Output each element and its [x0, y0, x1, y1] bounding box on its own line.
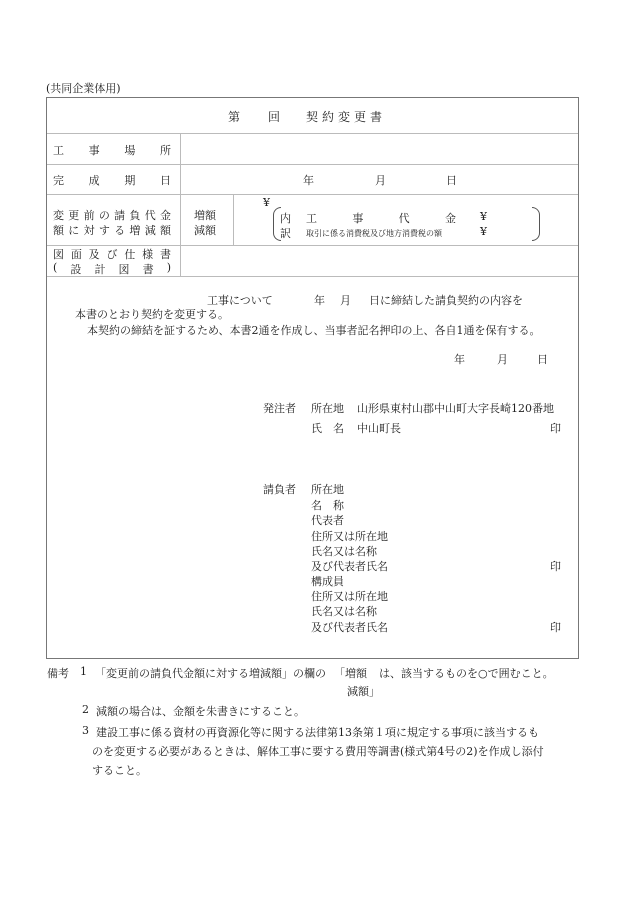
completion-month: 月: [375, 172, 386, 188]
construction-cost-yen: ¥: [480, 210, 487, 223]
body-year: 年: [314, 292, 325, 308]
note-1-decrease: 減額」: [347, 683, 380, 699]
drawings-label-line1: 図面及び仕様書: [53, 246, 171, 262]
signing-year: 年: [454, 351, 465, 367]
note-2-text: 減額の場合は、金額を朱書きにすること。: [96, 703, 305, 719]
note-number: 1: [80, 665, 87, 678]
body-change-text: 本書のとおり契約を変更する。: [75, 306, 229, 322]
body-month: 月: [340, 292, 351, 308]
form-title: 契約変更書: [306, 108, 386, 125]
tax-yen: ¥: [480, 225, 487, 238]
completion-day: 日: [446, 172, 457, 188]
contractor-line: 代表者: [311, 512, 344, 528]
site-field[interactable]: [182, 135, 577, 163]
body-certification-text: 本契約の締結を証するため、本書2通を作成し、当事者記名押印の上、各自1通を保有す…: [87, 322, 541, 338]
tax-label: 取引に係る消費税及び地方消費税の額: [306, 228, 442, 239]
contractor-line: 構成員: [311, 573, 344, 589]
completion-date-label: 完成期日: [53, 172, 171, 188]
breakdown-label-1: 内: [280, 210, 291, 226]
decrease-option[interactable]: 減額: [194, 222, 216, 238]
change-amount-label-line2: 額に対する増減額: [53, 222, 171, 238]
orderer-address: 山形県東村山郡中山町大字長崎120番地: [357, 400, 554, 416]
contractor-line: 所在地: [311, 481, 344, 497]
divider: [47, 133, 578, 134]
orderer-name-label: 氏 名: [311, 420, 344, 436]
contractor-line: 住所又は所在地: [311, 528, 388, 544]
completion-year: 年: [303, 172, 314, 188]
note-number: 2: [82, 703, 89, 716]
form-title-number-suffix: 回: [268, 108, 280, 125]
contractor-line: 氏名又は名称: [311, 543, 377, 559]
site-label: 工事場所: [53, 142, 171, 158]
orderer-seal: 印: [550, 420, 561, 436]
change-amount-field[interactable]: [272, 196, 472, 208]
orderer-role: 発注者: [263, 400, 296, 416]
contractor-line: 住所又は所在地: [311, 588, 388, 604]
form-title-number-prefix: 第: [228, 108, 240, 125]
note-1-text: 「変更前の請負代金額に対する増減額」の欄の: [95, 665, 326, 681]
note-number: 3: [82, 724, 89, 737]
drawings-label-line2: (設計図書): [53, 261, 171, 277]
signing-month: 月: [497, 351, 508, 367]
notes-label: 備考: [47, 665, 69, 681]
contractor-role: 請負者: [263, 481, 296, 497]
contractor-line: 及び代表者氏名: [311, 558, 388, 574]
member-seal: 印: [550, 619, 561, 635]
note-3-text-line2: のを変更する必要があるときは、解体工事に要する費用等調書(様式第4号の2)を作成…: [92, 743, 544, 759]
divider: [180, 133, 181, 276]
breakdown-label-2: 訳: [280, 225, 291, 241]
divider: [47, 164, 578, 165]
signing-day: 日: [537, 351, 548, 367]
note-3-text-line3: すること。: [92, 762, 147, 778]
contractor-line: 名 称: [311, 497, 344, 513]
divider: [47, 194, 578, 195]
form-usage-note: (共同企業体用): [46, 80, 121, 96]
right-bracket: [532, 207, 540, 241]
note-1-increase: 「増額: [334, 665, 367, 681]
contractor-line: 及び代表者氏名: [311, 619, 388, 635]
contractor-line: 氏名又は名称: [311, 603, 377, 619]
increase-option[interactable]: 増額: [194, 207, 216, 223]
body-contract-text: 日に締結した請負契約の内容を: [369, 292, 523, 308]
note-1-rest: は、該当するものを○で囲むこと。: [379, 665, 554, 681]
divider: [233, 194, 234, 245]
contractor-seal: 印: [550, 558, 561, 574]
orderer-name: 中山町長: [357, 420, 401, 436]
construction-cost-label: 工事代金: [306, 210, 456, 226]
drawings-field[interactable]: [182, 247, 577, 275]
change-amount-label-line1: 変更前の請負代金: [53, 207, 171, 223]
orderer-address-label: 所在地: [311, 400, 344, 416]
yen-sign: ¥: [263, 196, 270, 209]
note-3-text-line1: 建設工事に係る資材の再資源化等に関する法律第13条第１項に規定する事項に該当する…: [96, 724, 539, 740]
